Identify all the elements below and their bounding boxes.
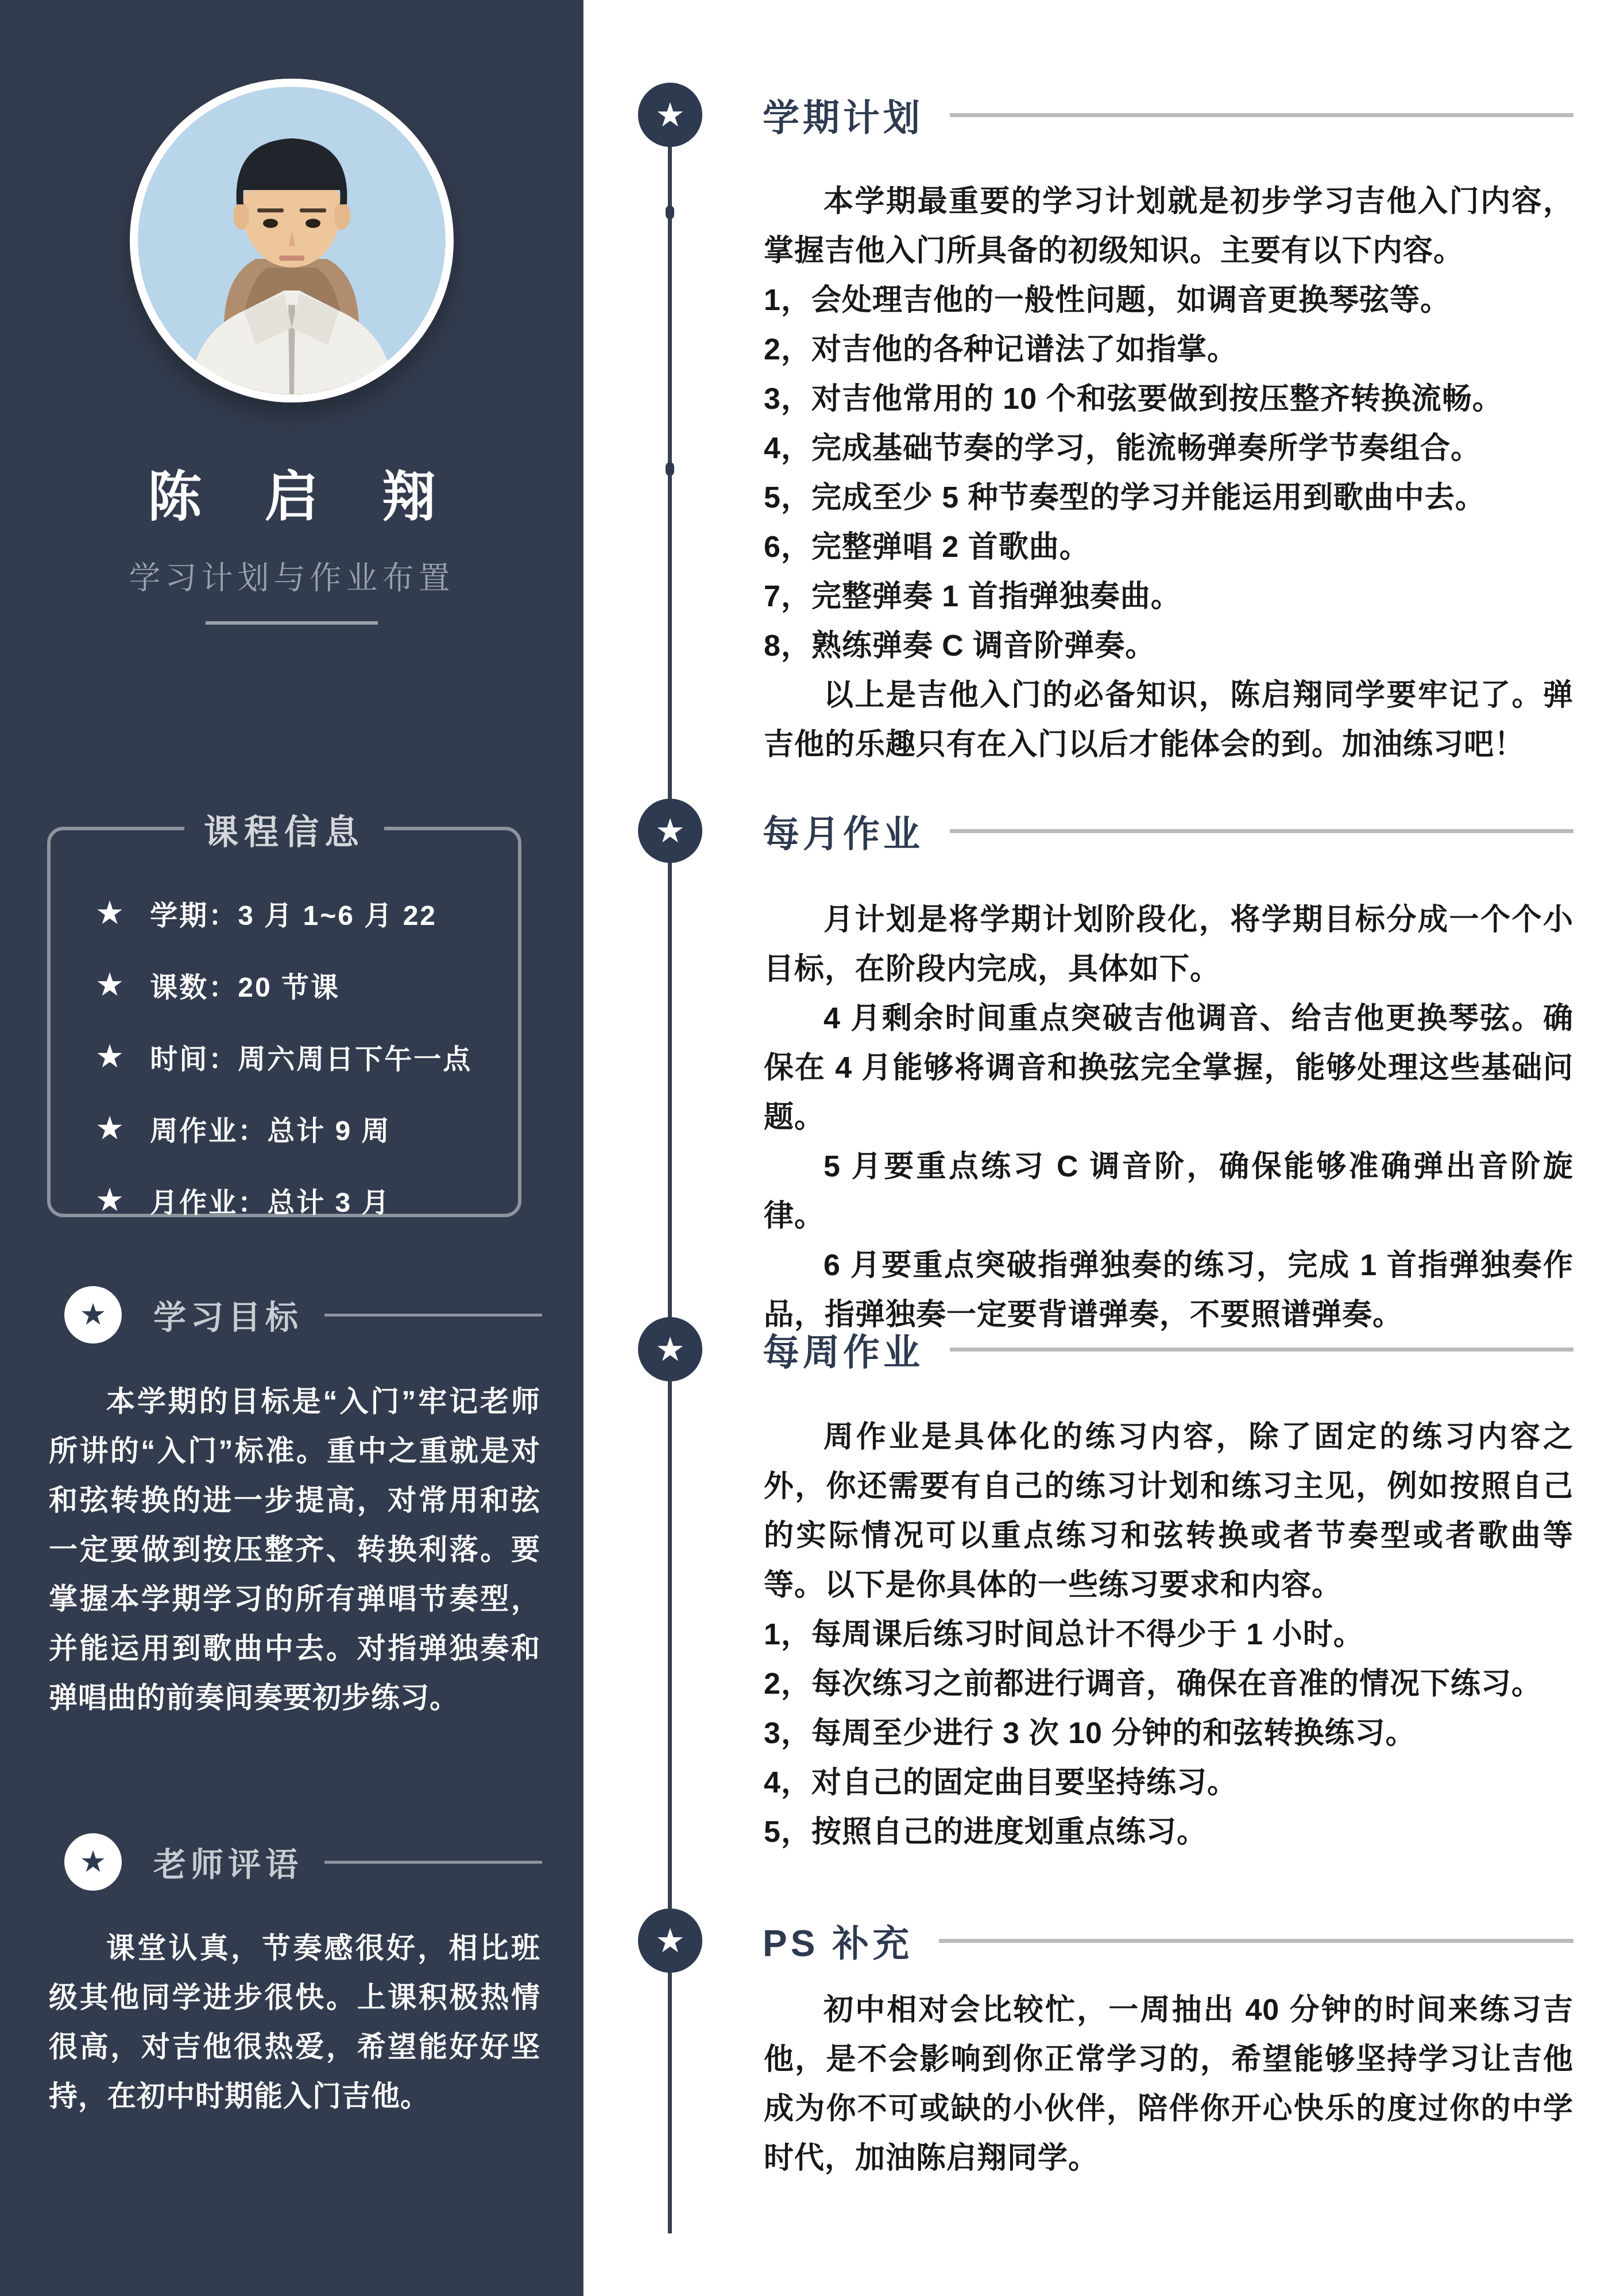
course-info-item: ★ 周作业：总计 9 周 xyxy=(95,1093,518,1164)
course-info-item: ★ 时间：周六周日下午一点 xyxy=(95,1021,518,1093)
star-badge: ★ xyxy=(64,1286,122,1343)
document-subtitle: 学习计划与作业布置 xyxy=(0,552,583,598)
course-info-label: 时间：周六周日下午一点 xyxy=(150,1037,472,1077)
paragraph: 2，每次练习之前都进行调音，确保在音准的情况下练习。 xyxy=(764,1659,1573,1709)
section-teacher-comment: ★ 老师评语 xyxy=(64,1833,542,1891)
paragraph: 7，完整弹奏 1 首指弹独奏曲。 xyxy=(764,572,1573,621)
course-info-box: 课程信息 ★ 学期：3 月 1~6 月 22 ★ 课数：20 节课 ★ xyxy=(47,827,521,1217)
paragraph: 1，每周课后练习时间总计不得少于 1 小时。 xyxy=(764,1610,1573,1659)
section-weekly-homework: ★ 每周作业 周作业是具体化的练习内容，除了固定的练习内容之外，你还需要有自己的… xyxy=(638,1317,1573,1857)
paragraph: 初中相对会比较忙，一周抽出 40 分钟的时间来练习吉他，是不会影响到你正常学习的… xyxy=(764,1985,1573,2183)
course-info-item: ★ 课数：20 节课 xyxy=(95,949,518,1021)
paragraph: 8，熟练弹奏 C 调音阶弹奏。 xyxy=(764,621,1573,671)
learning-goals-text: 本学期的目标是“入门”牢记老师所讲的“入门”标准。重中之重就是对和弦转换的进一步… xyxy=(49,1377,540,1722)
star-icon: ★ xyxy=(655,98,685,131)
paragraph: 4 月剩余时间重点突破吉他调音、给吉他更换琴弦。确保在 4 月能够将调音和换弦完… xyxy=(764,994,1573,1142)
section-monthly-homework: ★ 每月作业 月计划是将学期计划阶段化，将学期目标分成一个个小目标，在阶段内完成… xyxy=(638,799,1573,1339)
paragraph: 4，完成基础节奏的学习，能流畅弹奏所学节奏组合。 xyxy=(764,424,1573,473)
paragraph: 5，按照自己的进度划重点练习。 xyxy=(764,1807,1573,1857)
paragraph: 以上是吉他入门的必备知识，陈启翔同学要牢记了。弹吉他的乐趣只有在入门以后才能体会… xyxy=(764,671,1573,769)
course-info-list: ★ 学期：3 月 1~6 月 22 ★ 课数：20 节课 ★ 时间：周六周日下午… xyxy=(51,830,518,1236)
section-title: 每周作业 xyxy=(763,1323,923,1376)
star-badge: ★ xyxy=(64,1833,122,1891)
course-info-label: 周作业：总计 9 周 xyxy=(150,1109,390,1148)
paragraph: 5，完成至少 5 种节奏型的学习并能运用到歌曲中去。 xyxy=(764,473,1573,522)
star-badge: ★ xyxy=(638,799,702,863)
section-ps-note: ★ PS 补充 初中相对会比较忙，一周抽出 40 分钟的时间来练习吉他，是不会影… xyxy=(638,1908,1573,2183)
heading-rule xyxy=(950,113,1573,117)
star-badge: ★ xyxy=(638,1908,702,1973)
heading-rule xyxy=(324,1314,542,1317)
heading-rule xyxy=(950,1348,1573,1352)
document-page: 陈 启 翔 学习计划与作业布置 课程信息 ★ 学期：3 月 1~6 月 22 ★… xyxy=(0,0,1624,2296)
paragraph: 1，会处理吉他的一般性问题，如调音更换琴弦等。 xyxy=(764,276,1573,325)
sidebar: 陈 启 翔 学习计划与作业布置 课程信息 ★ 学期：3 月 1~6 月 22 ★… xyxy=(0,0,583,2296)
paragraph: 3，对吉他常用的 10 个和弦要做到按压整齐转换流畅。 xyxy=(764,374,1573,424)
star-icon: ★ xyxy=(655,1924,685,1957)
course-info-item: ★ 学期：3 月 1~6 月 22 xyxy=(95,877,518,949)
student-photo xyxy=(138,87,446,394)
section-title: 学期计划 xyxy=(763,88,923,141)
course-info-label: 课数：20 节课 xyxy=(150,965,340,1005)
star-icon: ★ xyxy=(95,1038,126,1075)
paragraph: 本学期最重要的学习计划就是初步学习吉他入门内容，掌握吉他入门所具备的初级知识。主… xyxy=(764,177,1573,276)
star-icon: ★ xyxy=(80,1300,107,1330)
avatar xyxy=(130,79,454,402)
course-info-label: 学期：3 月 1~6 月 22 xyxy=(150,893,437,933)
paragraph: 周作业是具体化的练习内容，除了固定的练习内容之外，你还需要有自己的练习计划和练习… xyxy=(764,1412,1573,1610)
teacher-comment-text: 课堂认真，节奏感很好，相比班级其他同学进步很快。上课积极热情很高，对吉他很热爱，… xyxy=(49,1923,540,2121)
paragraph: 5 月要重点练习 C 调音阶，确保能够准确弹出音阶旋律。 xyxy=(764,1142,1573,1241)
paragraph: 3，每周至少进行 3 次 10 分钟的和弦转换练习。 xyxy=(764,1709,1573,1758)
paragraph: 2，对吉他的各种记谱法了如指掌。 xyxy=(764,325,1573,374)
star-icon: ★ xyxy=(95,1182,126,1219)
section-body: 月计划是将学期计划阶段化，将学期目标分成一个个小目标，在阶段内完成，具体如下。4… xyxy=(638,895,1573,1339)
star-badge: ★ xyxy=(638,83,702,147)
paragraph: 月计划是将学期计划阶段化，将学期目标分成一个个小目标，在阶段内完成，具体如下。 xyxy=(764,895,1573,994)
section-title: 每月作业 xyxy=(763,804,923,857)
heading-rule xyxy=(939,1939,1573,1943)
paragraph: 4，对自己的固定曲目要坚持练习。 xyxy=(764,1758,1573,1807)
heading-rule xyxy=(324,1861,542,1864)
course-info-title: 课程信息 xyxy=(184,805,384,854)
star-icon: ★ xyxy=(95,895,126,932)
course-info-item: ★ 月作业：总计 3 月 xyxy=(95,1164,518,1236)
star-icon: ★ xyxy=(95,966,126,1004)
star-icon: ★ xyxy=(655,1333,685,1366)
course-info-label: 月作业：总计 3 月 xyxy=(150,1180,390,1220)
paragraph: 6，完整弹唱 2 首歌曲。 xyxy=(764,522,1573,572)
section-learning-goals: ★ 学习目标 xyxy=(64,1286,542,1343)
section-title: 老师评语 xyxy=(153,1838,303,1885)
divider-line xyxy=(206,621,378,625)
star-badge: ★ xyxy=(638,1317,702,1381)
star-icon: ★ xyxy=(80,1847,107,1877)
section-body: 周作业是具体化的练习内容，除了固定的练习内容之外，你还需要有自己的练习计划和练习… xyxy=(638,1412,1573,1857)
star-icon: ★ xyxy=(95,1110,126,1147)
section-semester-plan: ★ 学期计划 本学期最重要的学习计划就是初步学习吉他入门内容，掌握吉他入门所具备… xyxy=(638,83,1573,769)
heading-rule xyxy=(950,829,1573,833)
section-title: 学习目标 xyxy=(153,1291,303,1338)
star-icon: ★ xyxy=(655,814,685,847)
section-body: 本学期最重要的学习计划就是初步学习吉他入门内容，掌握吉他入门所具备的初级知识。主… xyxy=(638,177,1573,769)
section-body: 初中相对会比较忙，一周抽出 40 分钟的时间来练习吉他，是不会影响到你正常学习的… xyxy=(638,1985,1573,2183)
section-title: PS 补充 xyxy=(763,1914,912,1967)
student-name: 陈 启 翔 xyxy=(0,454,583,531)
